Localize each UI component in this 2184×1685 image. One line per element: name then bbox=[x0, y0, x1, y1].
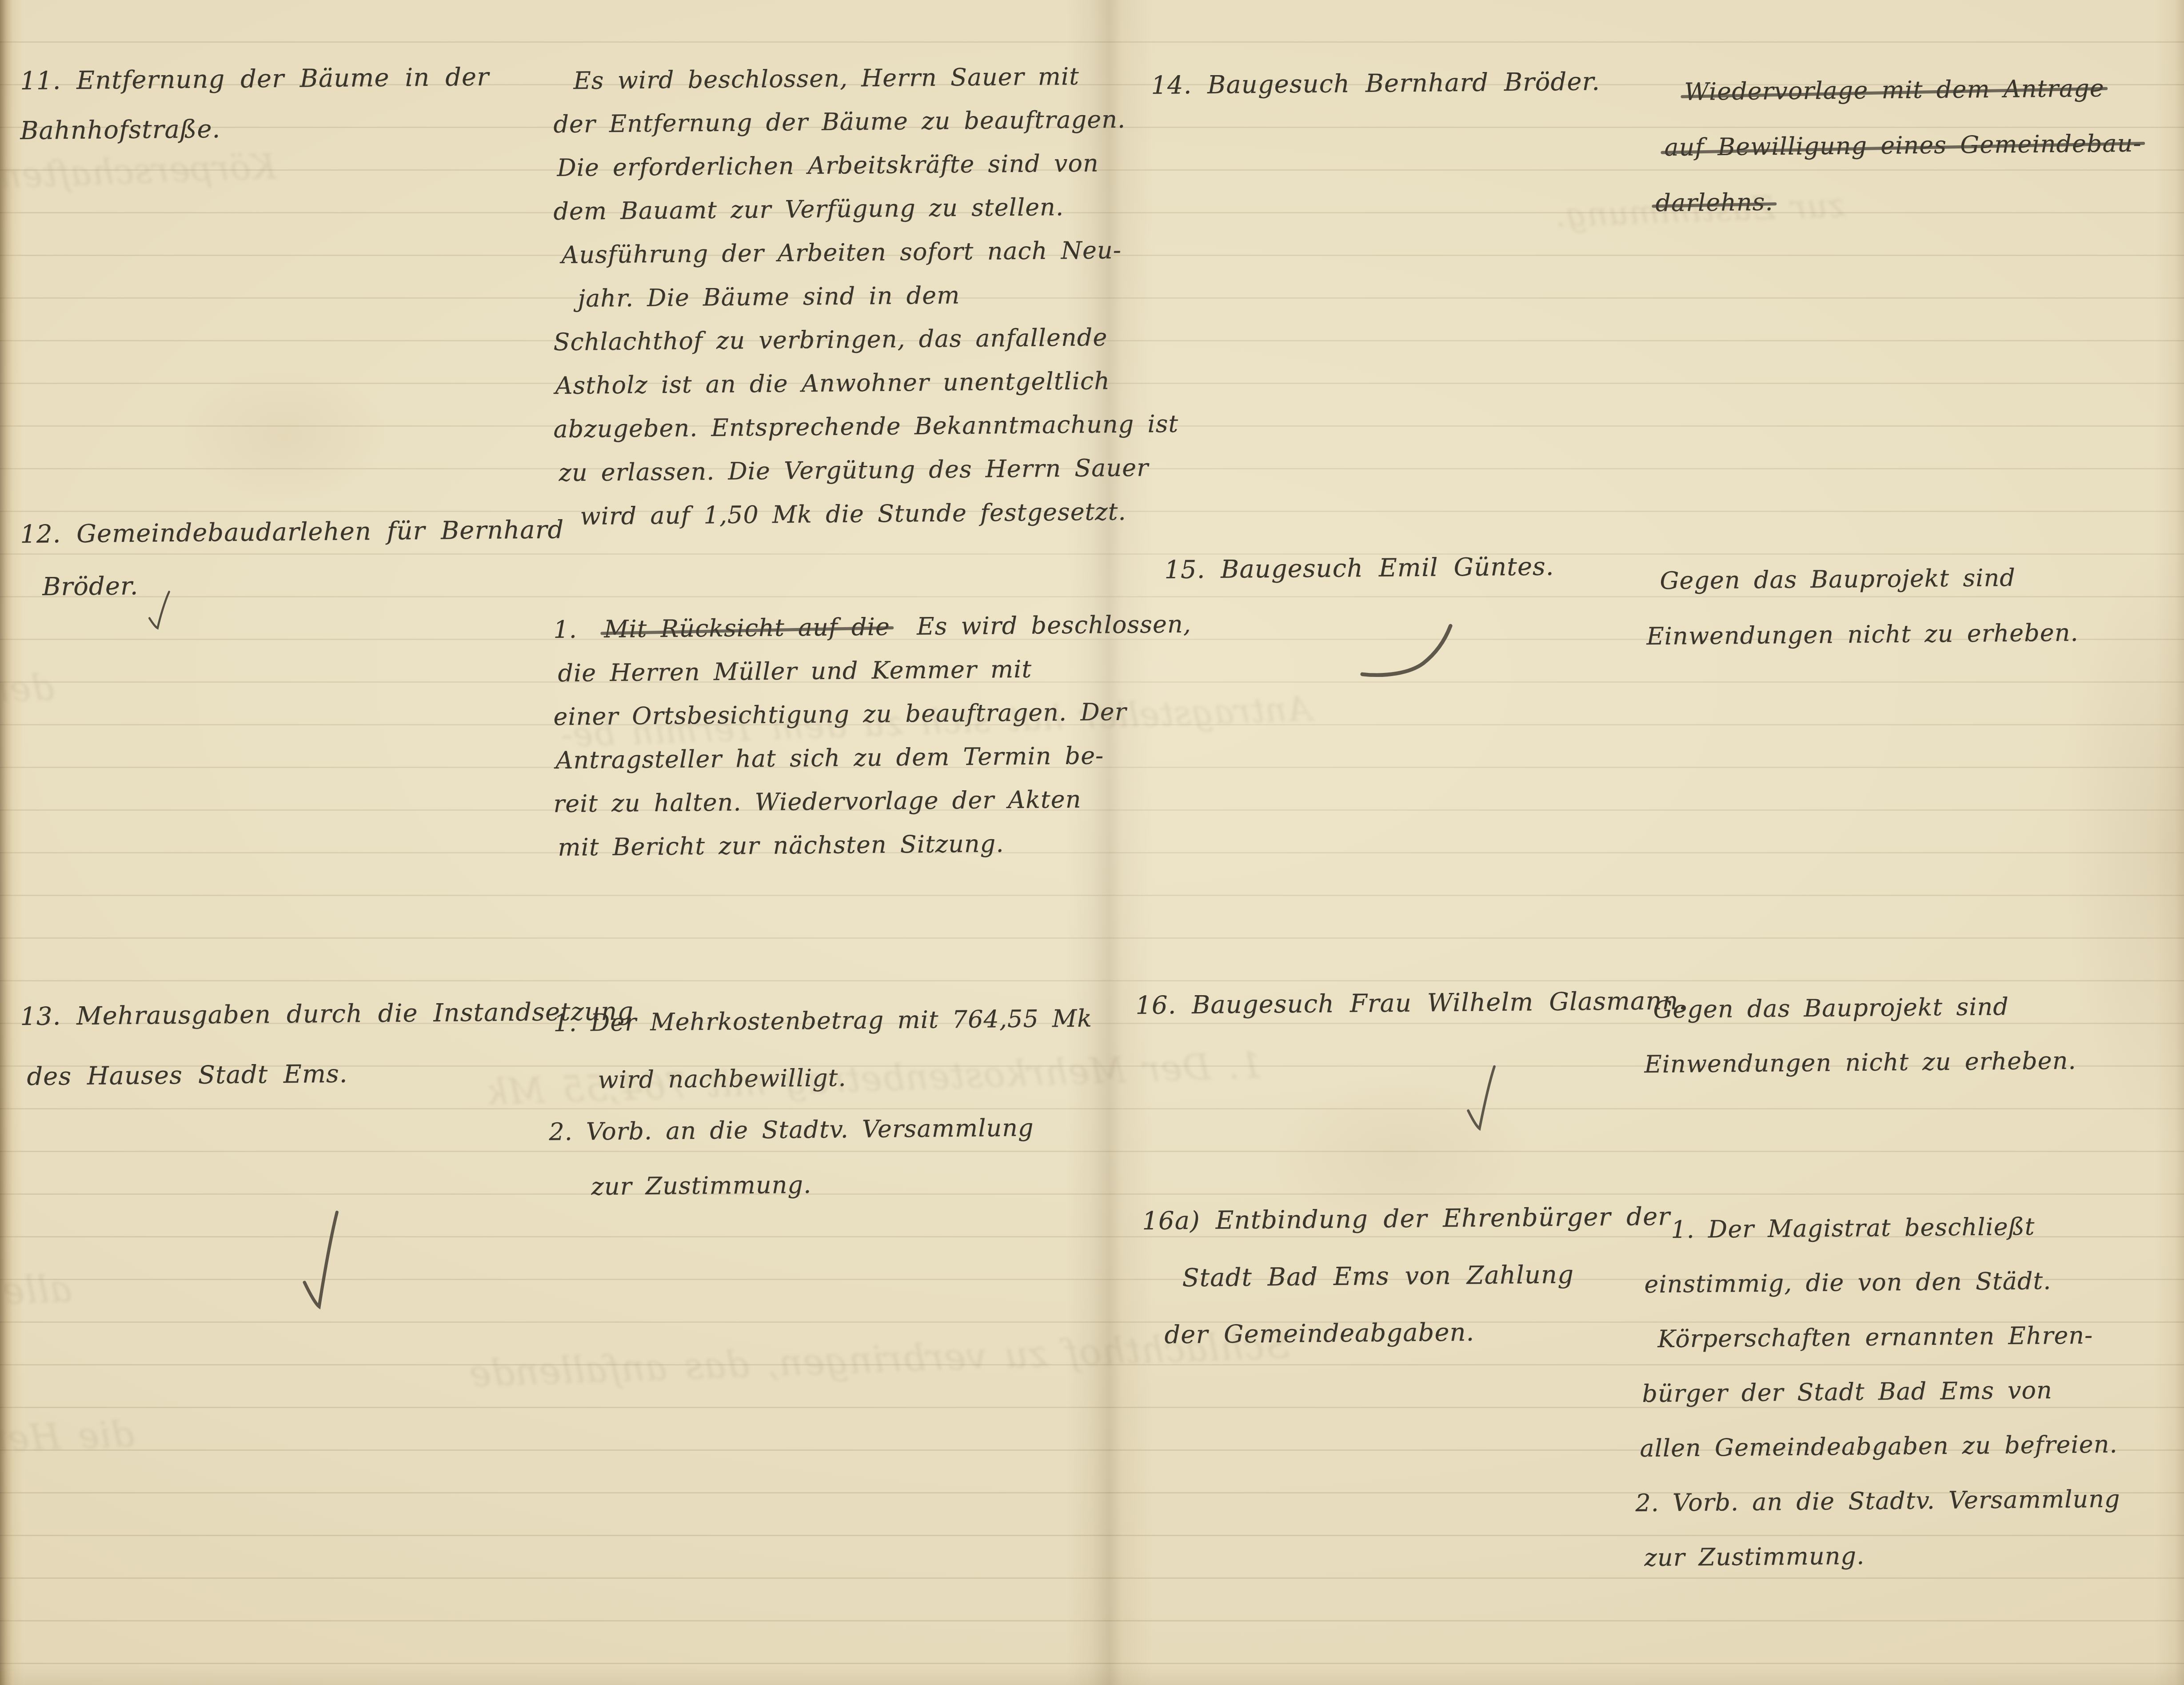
item12-topic-line: 12. Gemeindebaudarlehen für Bernhard bbox=[20, 515, 564, 549]
item12-resolution-line: mit Bericht zur nächsten Sitzung. bbox=[558, 829, 1004, 861]
item12-resolution-line: reit zu halten. Wiedervorlage der Akten bbox=[553, 785, 1082, 818]
item16a-resolution-line: zur Zustimmung. bbox=[1644, 1542, 1865, 1572]
item13-resolution-line: 1. Der Mehrkostenbetrag mit 764,55 Mk bbox=[553, 1004, 1092, 1037]
item16a-resolution-line: Körperschaften ernannten Ehren- bbox=[1657, 1321, 2093, 1353]
item16a-resolution-line: 2. Vorb. an die Stadtv. Versammlung bbox=[1635, 1485, 2120, 1517]
item11-resolution-line: abzugeben. Entsprechende Bekanntmachung … bbox=[553, 410, 1178, 443]
check-mark-icon bbox=[1360, 622, 1453, 678]
binding-edge bbox=[0, 0, 13, 1685]
item11-resolution-line: zu erlassen. Die Vergütung des Herrn Sau… bbox=[559, 453, 1149, 487]
item11-topic-line: Bahnhofstraße. bbox=[20, 115, 220, 145]
item14-resolution-line: auf Bewilligung eines Gemeindebau- bbox=[1664, 129, 2142, 161]
item15-topic-line: 15. Baugesuch Emil Güntes. bbox=[1164, 552, 1554, 584]
check-mark-icon bbox=[1465, 1065, 1497, 1131]
item13-resolution-line: zur Zustimmung. bbox=[591, 1171, 811, 1201]
item16-resolution-line: Einwendungen nicht zu erheben. bbox=[1644, 1047, 2076, 1078]
item11-resolution-line: Schlachthof zu verbringen, das anfallend… bbox=[553, 323, 1107, 356]
item16-resolution-line: Gegen das Bauprojekt sind bbox=[1653, 993, 2009, 1024]
item12-topic-line: Bröder. bbox=[42, 572, 139, 601]
strikethrough-text: Wiedervorlage mit dem Antrage bbox=[1684, 74, 2104, 106]
item11-topic-line: 11. Entfernung der Bäume in der bbox=[20, 63, 489, 96]
item11-resolution-line: dem Bauamt zur Verfügung zu stellen. bbox=[553, 193, 1064, 225]
item11-resolution-line: der Entfernung der Bäume zu beauftragen. bbox=[553, 105, 1126, 138]
item16a-topic-line: Stadt Bad Ems von Zahlung bbox=[1182, 1260, 1574, 1293]
item14-topic-line: 14. Baugesuch Bernhard Bröder. bbox=[1151, 67, 1600, 100]
item16a-resolution-line: einstimmig, die von den Städt. bbox=[1644, 1267, 2051, 1298]
item13-topic-line: 13. Mehrausgaben durch die Instandsetzun… bbox=[20, 997, 634, 1031]
item11-resolution-line: wird auf 1,50 Mk die Stunde festgesetzt. bbox=[580, 497, 1126, 530]
strikethrough-text: auf Bewilligung eines Gemeindebau- bbox=[1664, 129, 2142, 161]
item16a-topic-line: 16a) Entbindung der Ehrenbürger der bbox=[1142, 1202, 1670, 1236]
strikethrough-text: Mit Rücksicht auf die bbox=[604, 612, 890, 643]
item11-resolution-line: Es wird beschlossen, Herrn Sauer mit bbox=[573, 62, 1079, 95]
item16a-resolution-line: 1. Der Magistrat beschließt bbox=[1671, 1213, 2035, 1244]
item11-resolution-line: Die erforderlichen Arbeitskräfte sind vo… bbox=[557, 149, 1099, 182]
check-mark-icon bbox=[143, 590, 175, 631]
item15-resolution-line: Einwendungen nicht zu erheben. bbox=[1646, 619, 2079, 650]
item12-resolution-line: die Herren Müller und Kemmer mit bbox=[558, 655, 1032, 687]
item14-resolution-line: Wiedervorlage mit dem Antrage bbox=[1684, 74, 2104, 106]
item11-resolution-line: Ausführung der Arbeiten sofort nach Neu- bbox=[561, 236, 1122, 269]
item11-resolution-line: Astholz ist an die Anwohner unentgeltlic… bbox=[555, 367, 1110, 400]
item13-topic-line: des Hauses Stadt Ems. bbox=[27, 1060, 348, 1091]
item11-resolution-line: jahr. Die Bäume sind in dem bbox=[578, 281, 960, 312]
check-mark-icon bbox=[301, 1209, 339, 1311]
item16a-resolution-line: allen Gemeindeabgaben zu befreien. bbox=[1640, 1430, 2118, 1462]
item16a-resolution-line: bürger der Stadt Bad Ems von bbox=[1642, 1376, 2052, 1408]
page-gutter bbox=[1091, 0, 1153, 1685]
item16-topic-line: 16. Baugesuch Frau Wilhelm Glasmann. bbox=[1135, 986, 1687, 1020]
item12-resolution-number: 1. bbox=[553, 616, 577, 644]
manuscript-page-spread: 11. Entfernung der Bäume in der Bahnhofs… bbox=[0, 0, 2184, 1685]
item15-resolution-line: Gegen das Bauprojekt sind bbox=[1660, 564, 2016, 595]
item13-resolution-line: 2. Vorb. an die Stadtv. Versammlung bbox=[549, 1113, 1034, 1146]
